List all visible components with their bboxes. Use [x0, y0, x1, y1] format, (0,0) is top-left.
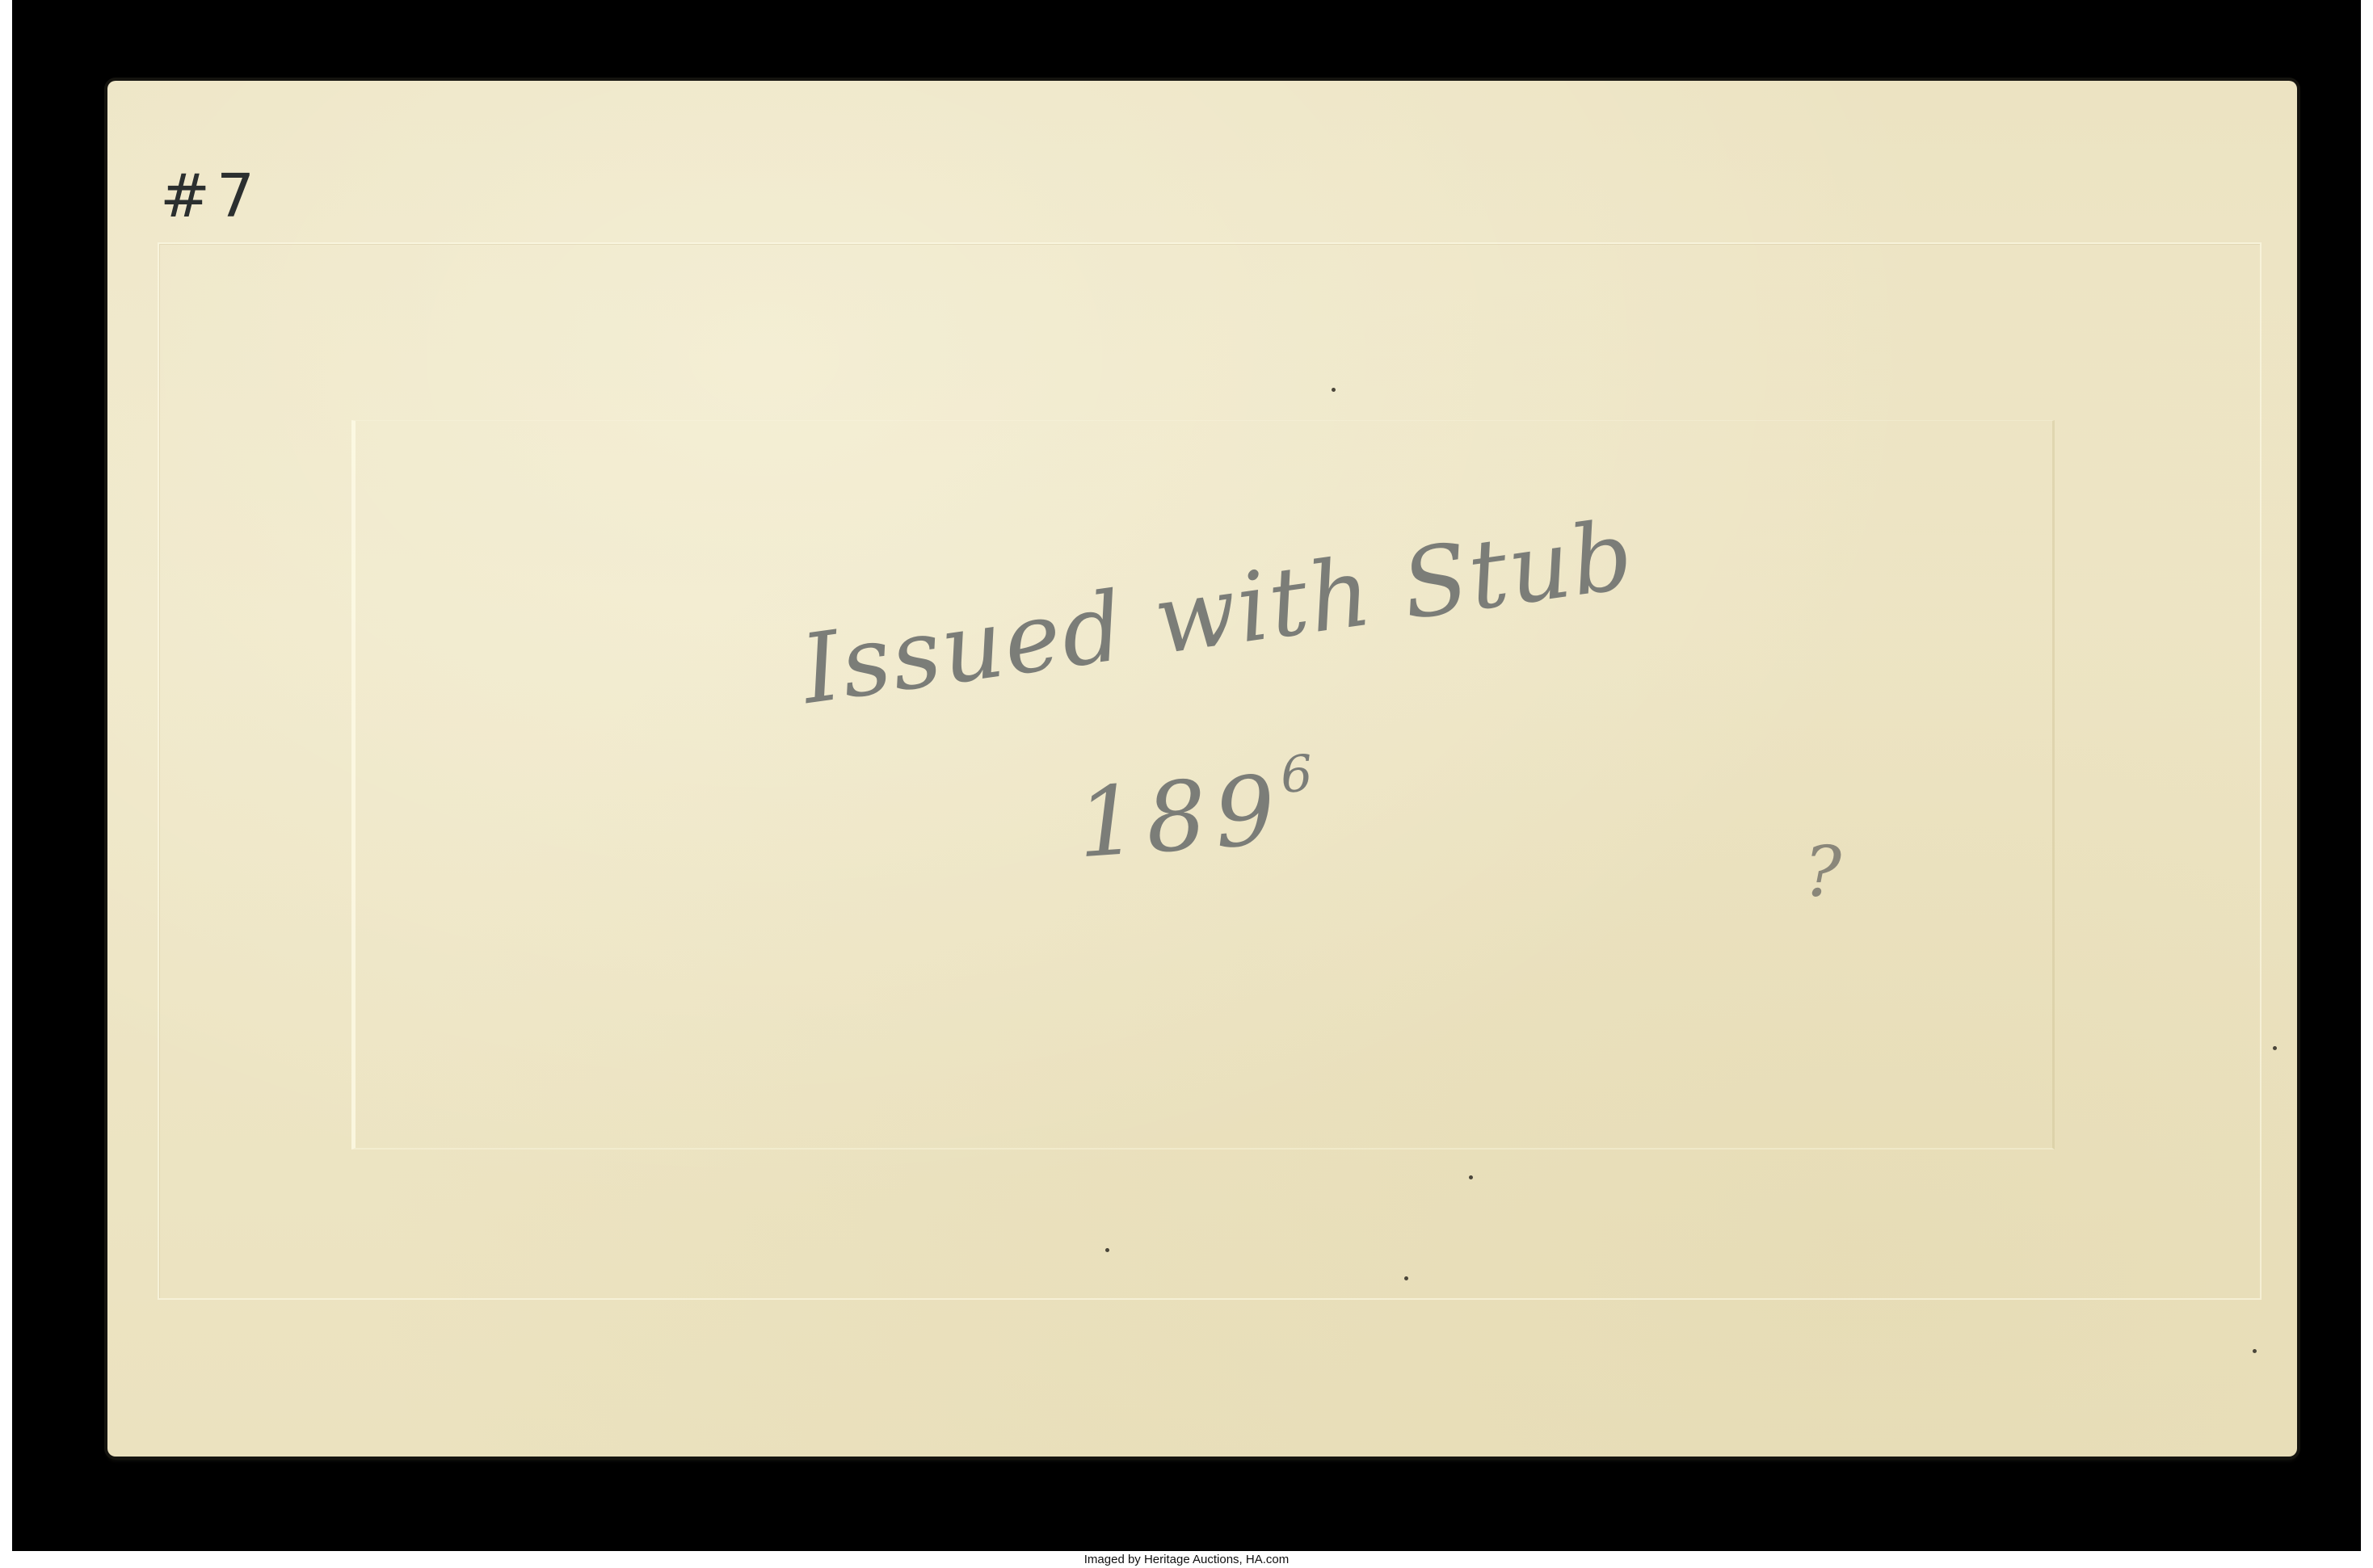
paper-speck — [1404, 1276, 1408, 1280]
paper-speck — [2253, 1349, 2257, 1353]
paper-sheet: #7 Issued with Stub 1896 ? — [107, 81, 2297, 1457]
pencil-note-year-base: 189 — [1074, 754, 1287, 879]
image-credit-caption: Imaged by Heritage Auctions, HA.com — [0, 1553, 2373, 1566]
pencil-note-year: 1896 — [1074, 751, 1327, 880]
paper-speck — [1469, 1175, 1473, 1179]
paper-speck — [1332, 388, 1336, 392]
item-number-ink: #7 — [160, 162, 261, 231]
paper-speck — [1105, 1248, 1109, 1252]
pencil-question-mark: ? — [1804, 832, 1841, 913]
paper-speck — [2273, 1046, 2277, 1050]
pencil-note-year-superscript: 6 — [1278, 743, 1322, 805]
